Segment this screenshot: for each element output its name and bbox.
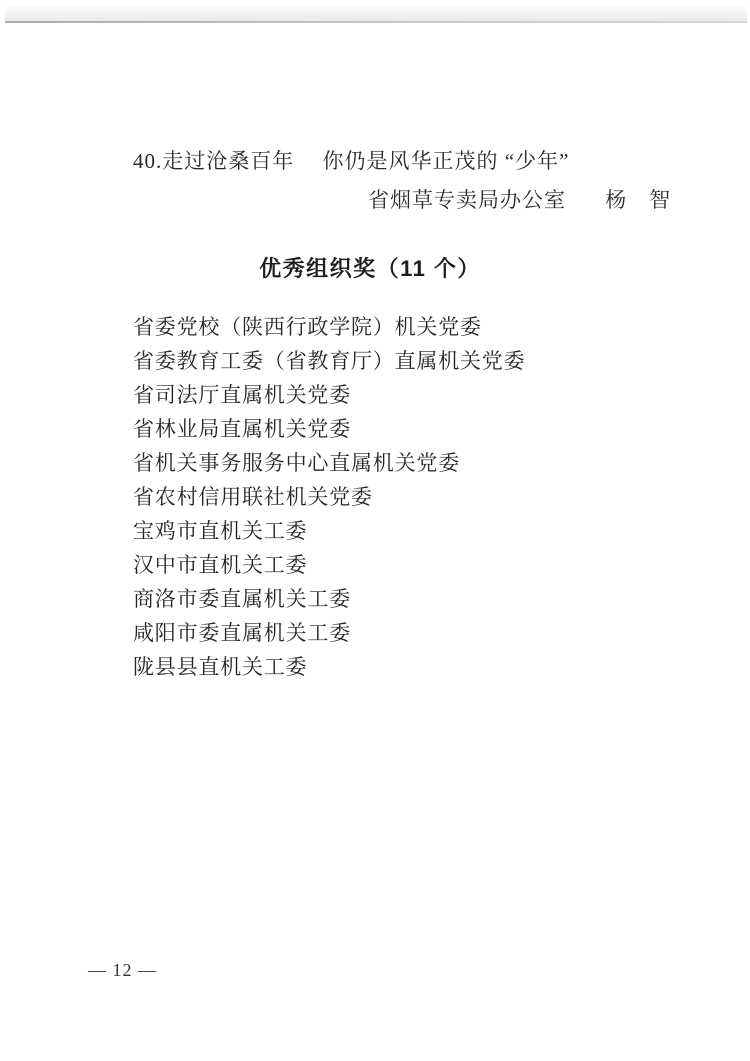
award-list-item: 省林业局直属机关党委 [133, 412, 653, 446]
award-list-item: 陇县县直机关工委 [133, 650, 653, 684]
award-list: 省委党校（陕西行政学院）机关党委 省委教育工委（省教育厅）直属机关党委 省司法厅… [133, 310, 653, 684]
section-heading: 优秀组织奖（11 个） [0, 252, 740, 283]
attribution-organization: 省烟草专卖局办公室 [368, 188, 566, 212]
award-list-item: 省司法厅直属机关党委 [133, 378, 653, 412]
award-list-item: 省机关事务服务中心直属机关党委 [133, 446, 653, 480]
award-list-item: 省委党校（陕西行政学院）机关党委 [133, 310, 653, 344]
award-list-item: 咸阳市委直属机关工委 [133, 616, 653, 650]
award-list-item: 宝鸡市直机关工委 [133, 514, 653, 548]
document-page: 40.走过沧桑百年 你仍是风华正茂的 “少年” 省烟草专卖局办公室 杨 智 优秀… [0, 0, 750, 1061]
page-number: — 12 — [88, 960, 157, 981]
scan-edge-artifact [5, 6, 747, 21]
entry-40-title: 40.走过沧桑百年 你仍是风华正茂的 “少年” [133, 145, 569, 175]
entry-40-attribution: 省烟草专卖局办公室 杨 智 [368, 184, 671, 214]
award-list-item: 省农村信用联社机关党委 [133, 480, 653, 514]
scan-edge-hairline [5, 21, 747, 23]
award-list-item: 商洛市委直属机关工委 [133, 582, 653, 616]
award-list-item: 汉中市直机关工委 [133, 548, 653, 582]
award-list-item: 省委教育工委（省教育厅）直属机关党委 [133, 344, 653, 378]
attribution-author: 杨 智 [605, 188, 671, 212]
